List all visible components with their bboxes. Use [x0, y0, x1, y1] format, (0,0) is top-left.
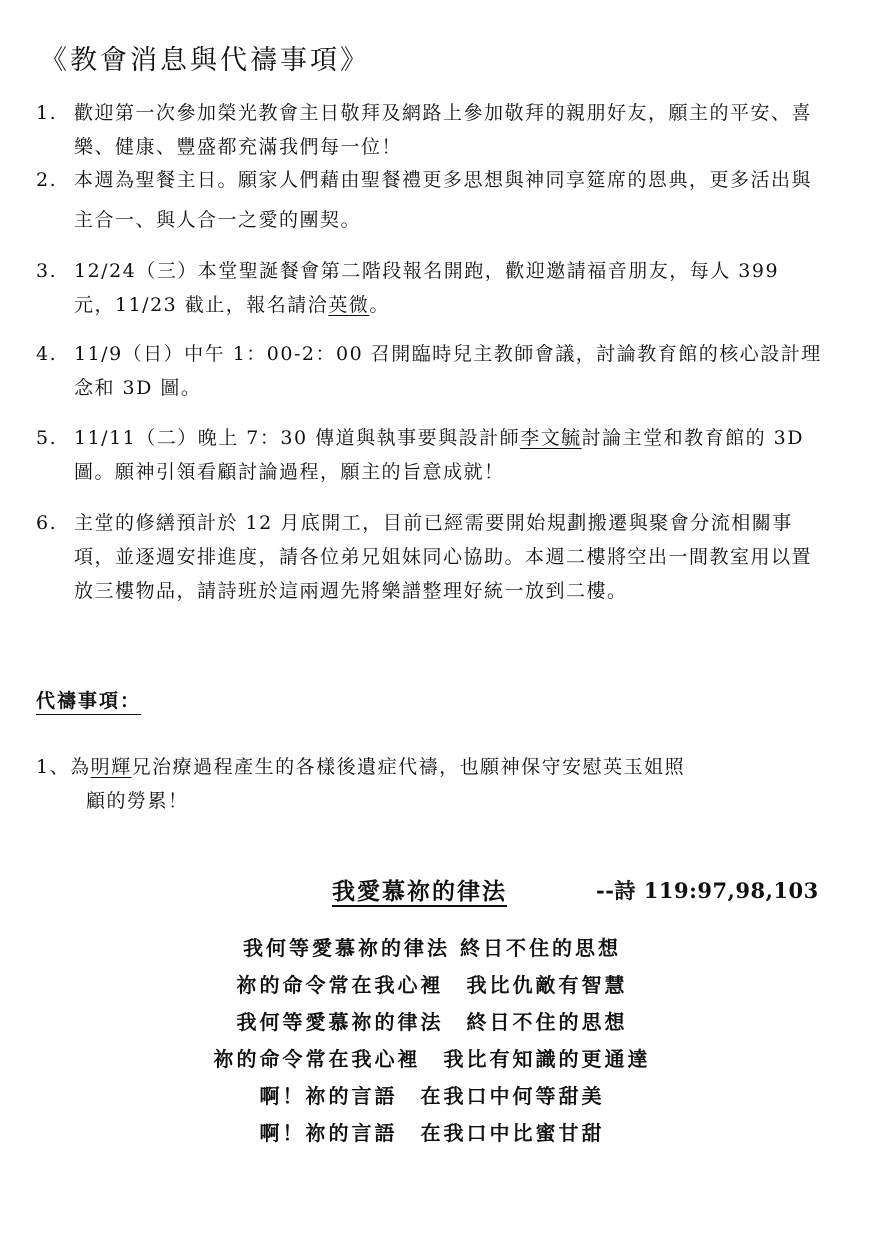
- item-number: 1.: [36, 96, 74, 130]
- item-text: 11/9（日）中午 1：00-2：00 召開臨時兒主教師會議，討論教育館的核心設…: [74, 343, 822, 399]
- prayer-heading: 代禱事項：: [36, 686, 153, 713]
- lyric-line: 我何等愛慕祢的律法 終日不住的思想: [0, 930, 878, 967]
- item-text: 本週為聖餐主日。願家人們藉由聖餐禮更多思想與神同享筵席的恩典，更多活出與主合一、…: [74, 169, 812, 231]
- lyric-line: 啊！祢的言語 在我口中何等甜美: [0, 1078, 878, 1115]
- item-text: 主堂的修繕預計於 12 月底開工，目前已經需要開始規劃搬遷與聚會分流相關事項，並…: [74, 512, 812, 602]
- item-text: 12/24（三）本堂聖誕餐會第二階段報名開跑，歡迎邀請福音朋友，每人 399 元…: [74, 260, 779, 316]
- announcement-item: 3. 12/24（三）本堂聖誕餐會第二階段報名開跑，歡迎邀請福音朋友，每人 39…: [36, 254, 826, 322]
- item-text: 11/11（二）晚上 7：30 傳道與執事要與設計師: [74, 427, 520, 449]
- item-text: 兄治療過程產生的各樣後遺症代禱，也願神保守安慰英玉姐照: [132, 756, 686, 778]
- lyric-line: 祢的命令常在我心裡 我比仇敵有智慧: [0, 967, 878, 1004]
- item-text: 為: [70, 756, 91, 778]
- item-number: 3.: [36, 254, 74, 288]
- item-number: 4.: [36, 337, 74, 371]
- scripture-reference: --詩 119:97,98,103: [596, 875, 819, 905]
- announcement-item: 6. 主堂的修繕預計於 12 月底開工，目前已經需要開始規劃搬遷與聚會分流相關事…: [36, 506, 826, 608]
- page-title: 《教會消息與代禱事項》: [40, 38, 370, 77]
- announcement-item: 5. 11/11（二）晚上 7：30 傳道與執事要與設計師李文毓討論主堂和教育館…: [36, 421, 826, 489]
- lyric-line: 我何等愛慕祢的律法 終日不住的思想: [0, 1004, 878, 1041]
- hymn-lyrics: 我何等愛慕祢的律法 終日不住的思想 祢的命令常在我心裡 我比仇敵有智慧 我何等愛…: [0, 930, 878, 1152]
- item-text: 歡迎第一次參加榮光教會主日敬拜及網路上參加敬拜的親朋好友，願主的平安、喜樂、健康…: [74, 102, 812, 158]
- lyric-line: 啊！祢的言語 在我口中比蜜甘甜: [0, 1115, 878, 1152]
- item-number: 5.: [36, 421, 74, 455]
- item-text-continued: 顧的勞累！: [36, 784, 826, 818]
- prayer-person-name: 明輝: [91, 756, 132, 778]
- contact-name: 英微: [328, 294, 369, 316]
- item-number: 1、: [36, 756, 70, 778]
- announcement-item: 1. 歡迎第一次參加榮光教會主日敬拜及網路上參加敬拜的親朋好友，願主的平安、喜樂…: [36, 96, 826, 164]
- announcement-item: 2. 本週為聖餐主日。願家人們藉由聖餐禮更多思想與神同享筵席的恩典，更多活出與主…: [36, 160, 826, 240]
- item-text: 。: [369, 294, 390, 316]
- item-number: 2.: [36, 163, 74, 197]
- announcement-item: 4. 11/9（日）中午 1：00-2：00 召開臨時兒主教師會議，討論教育館的…: [36, 337, 826, 405]
- hymn-title: 我愛慕祢的律法: [332, 873, 507, 906]
- prayer-item: 1、為明輝兄治療過程產生的各樣後遺症代禱，也願神保守安慰英玉姐照 顧的勞累！: [36, 750, 826, 818]
- lyric-line: 祢的命令常在我心裡 我比有知識的更通達: [0, 1041, 878, 1078]
- item-number: 6.: [36, 506, 74, 540]
- designer-name: 李文毓: [520, 427, 582, 449]
